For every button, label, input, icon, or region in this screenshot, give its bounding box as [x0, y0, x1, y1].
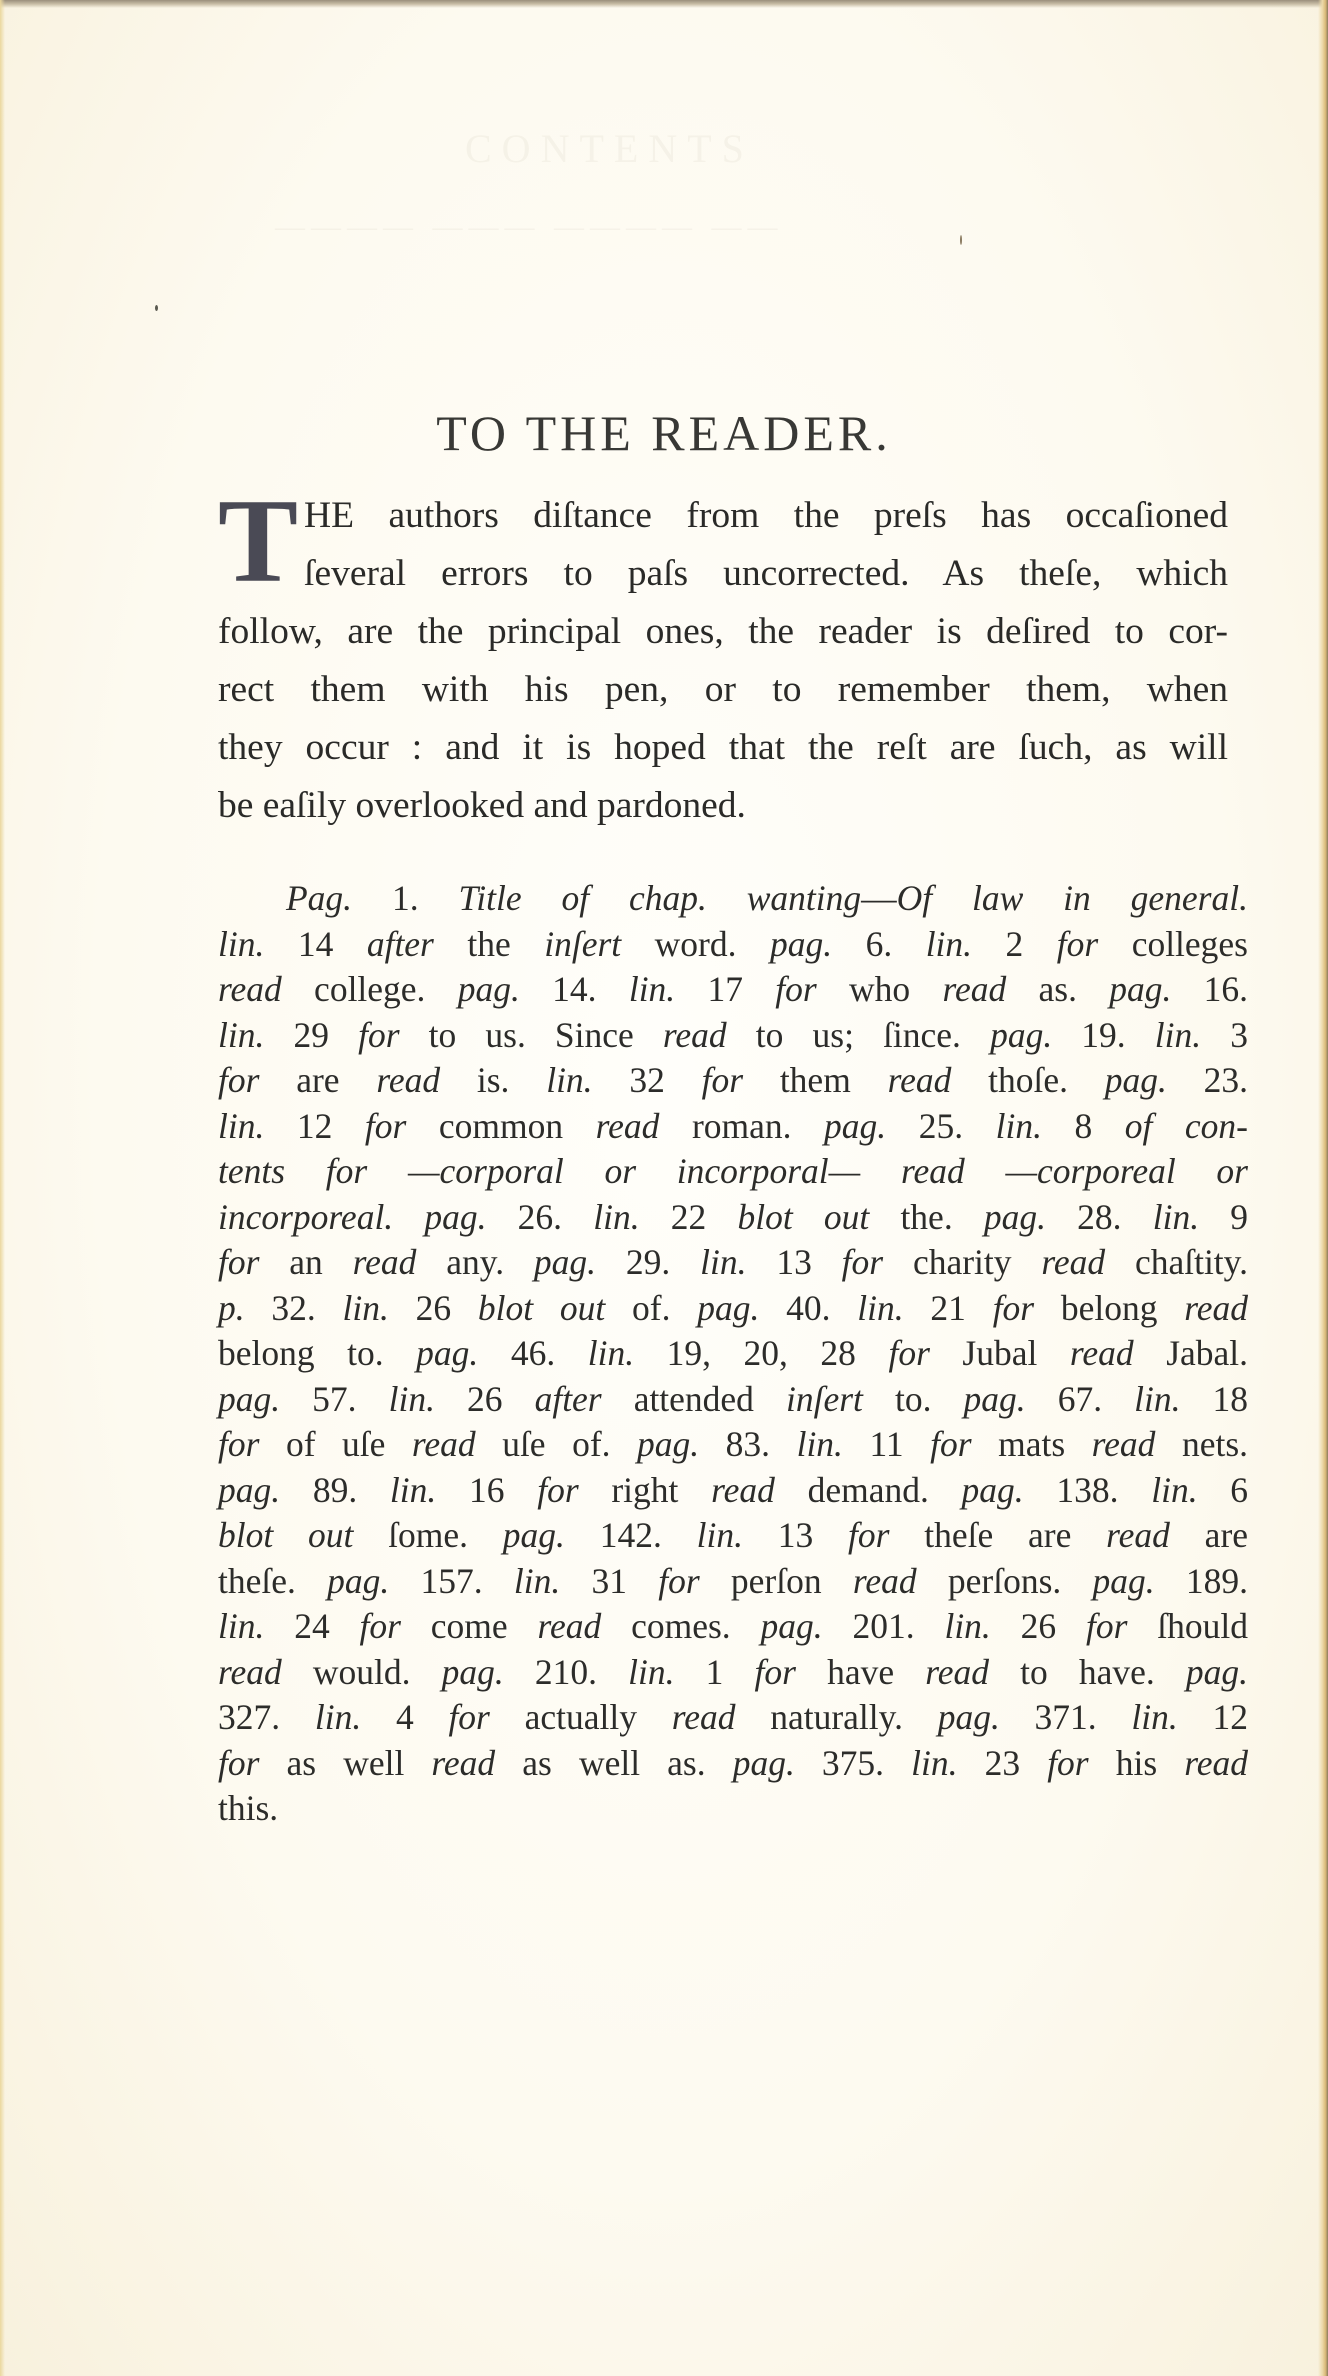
errata-italic-run: pag.	[1109, 969, 1171, 1009]
errata-roman-run: 9	[1199, 1197, 1248, 1237]
errata-roman-run: any.	[416, 1242, 534, 1282]
errata-roman-run: are	[259, 1060, 376, 1100]
intro-line: they occur : and it is hoped that the re…	[218, 719, 1228, 777]
errata-roman-run: of uſe	[259, 1424, 411, 1464]
errata-italic-run: pag.	[534, 1242, 596, 1282]
errata-roman-run: 29.	[596, 1242, 700, 1282]
ink-speck	[155, 305, 158, 311]
errata-italic-run: read	[888, 1060, 952, 1100]
errata-roman-run: 46.	[478, 1333, 587, 1373]
errata-roman-run: 28.	[1046, 1197, 1153, 1237]
errata-roman-run: this.	[218, 1788, 278, 1828]
errata-roman-run: 32	[593, 1060, 702, 1100]
errata-roman-run: comes.	[601, 1606, 760, 1646]
errata-italic-run: for	[848, 1515, 889, 1555]
errata-roman-run: 6	[1198, 1470, 1248, 1510]
errata-italic-run: read	[1041, 1242, 1105, 1282]
errata-line: p. 32. lin. 26 blot out of. pag. 40. lin…	[218, 1286, 1248, 1332]
errata-italic-run: pag.	[761, 1606, 823, 1646]
errata-line: for are read is. lin. 32 for them read t…	[218, 1058, 1248, 1104]
errata-italic-run: lin.	[218, 1106, 264, 1146]
errata-italic-run: for	[888, 1333, 929, 1373]
intro-paragraph: T HE authors diſtance from the preſs has…	[218, 487, 1228, 835]
intro-line: be eaſily overlooked and pardoned.	[218, 777, 1228, 835]
errata-line: this.	[218, 1786, 1248, 1832]
errata-roman-run: as.	[1006, 969, 1109, 1009]
errata-list: Pag. 1. Title of chap. wanting—Of law in…	[218, 876, 1248, 1832]
errata-roman-run: them	[743, 1060, 888, 1100]
errata-line: lin. 12 for common read roman. pag. 25. …	[218, 1104, 1248, 1150]
errata-roman-run: as well as.	[495, 1743, 733, 1783]
errata-italic-run: lin.	[546, 1060, 592, 1100]
errata-roman-run: 11	[843, 1424, 930, 1464]
errata-roman-run: an	[259, 1242, 352, 1282]
book-page: CONTENTS ———— ——— ———— —— TO THE READER.…	[0, 0, 1328, 2376]
errata-italic-run: read	[1106, 1515, 1170, 1555]
errata-roman-run: 210.	[504, 1652, 628, 1692]
errata-roman-run: 1	[675, 1652, 755, 1692]
errata-roman-run: demand.	[775, 1470, 962, 1510]
errata-line: theſe. pag. 157. lin. 31 for perſon read…	[218, 1559, 1248, 1605]
errata-roman-run: 89.	[280, 1470, 390, 1510]
errata-italic-run: lin.	[514, 1561, 560, 1601]
errata-italic-run: for	[1057, 924, 1098, 964]
errata-roman-run: 189.	[1155, 1561, 1248, 1601]
errata-roman-run: 12	[1178, 1697, 1248, 1737]
errata-italic-run: inſert	[544, 924, 621, 964]
errata-italic-run: read	[1184, 1288, 1248, 1328]
errata-italic-run: lin.	[218, 1015, 264, 1055]
errata-italic-run: for	[537, 1470, 578, 1510]
errata-italic-run: read	[412, 1424, 476, 1464]
errata-roman-run: 26	[435, 1379, 535, 1419]
errata-roman-run: uſe of.	[476, 1424, 637, 1464]
errata-roman-run: 26	[991, 1606, 1086, 1646]
errata-roman-run: 67.	[1026, 1379, 1134, 1419]
errata-roman-run: attended	[602, 1379, 786, 1419]
errata-roman-run: 23.	[1167, 1060, 1248, 1100]
errata-roman-run: 26	[389, 1288, 478, 1328]
page-right-edge	[1318, 0, 1328, 2376]
errata-roman-run: perſons.	[917, 1561, 1093, 1601]
errata-italic-run: pag.	[824, 1106, 886, 1146]
errata-roman-run: to us. Since	[400, 1015, 663, 1055]
errata-roman-run: the	[434, 924, 544, 964]
errata-italic-run: for	[218, 1060, 259, 1100]
errata-italic-run: pag.	[770, 924, 832, 964]
errata-line: read college. pag. 14. lin. 17 for who r…	[218, 967, 1248, 1013]
errata-roman-run: 12	[264, 1106, 365, 1146]
errata-italic-run: pag.	[990, 1015, 1052, 1055]
errata-italic-run: blot out	[478, 1288, 605, 1328]
bleed-through-heading: CONTENTS	[465, 125, 754, 172]
errata-line: for as well read as well as. pag. 375. l…	[218, 1741, 1248, 1787]
intro-line: rect them with his pen, or to remember t…	[218, 661, 1228, 719]
errata-italic-run: lin.	[996, 1106, 1042, 1146]
errata-roman-run: 22	[640, 1197, 738, 1237]
drop-cap: T	[218, 495, 298, 595]
intro-line: ſeveral errors to paſs uncorrected. As t…	[218, 545, 1228, 603]
errata-roman-run: perſon	[700, 1561, 853, 1601]
errata-roman-run: thoſe.	[951, 1060, 1104, 1100]
errata-italic-run: lin.	[593, 1197, 639, 1237]
errata-line: pag. 89. lin. 16 for right read demand. …	[218, 1468, 1248, 1514]
errata-italic-run: read	[538, 1606, 602, 1646]
errata-italic-run: pag.	[962, 1470, 1024, 1510]
errata-italic-run: pag.	[218, 1379, 280, 1419]
errata-italic-run: pag.	[1093, 1561, 1155, 1601]
errata-italic-run: pag.	[327, 1561, 389, 1601]
errata-italic-run: for	[755, 1652, 796, 1692]
errata-italic-run: blot out	[218, 1515, 353, 1555]
errata-roman-run: 142.	[565, 1515, 697, 1555]
errata-roman-run: his	[1089, 1743, 1185, 1783]
errata-italic-run: lin.	[629, 969, 675, 1009]
errata-roman-run: 16.	[1171, 969, 1248, 1009]
errata-italic-run: blot out	[737, 1197, 869, 1237]
errata-roman-run: 14	[264, 924, 366, 964]
errata-italic-run: for	[702, 1060, 743, 1100]
errata-italic-run: lin.	[1153, 1197, 1199, 1237]
errata-roman-run: word.	[621, 924, 770, 964]
errata-roman-run: 18	[1180, 1379, 1248, 1419]
errata-roman-run: would.	[282, 1652, 442, 1692]
errata-italic-run: p.	[218, 1288, 245, 1328]
errata-roman-run: 13	[743, 1515, 848, 1555]
errata-italic-run: pag.	[1186, 1652, 1248, 1692]
errata-roman-run: 19, 20, 28	[634, 1333, 888, 1373]
errata-roman-run: 21	[904, 1288, 993, 1328]
errata-line: 327. lin. 4 for actually read naturally.…	[218, 1695, 1248, 1741]
errata-roman-run: who	[817, 969, 943, 1009]
errata-italic-run: read	[1070, 1333, 1134, 1373]
errata-roman-run: is.	[440, 1060, 546, 1100]
errata-italic-run: of con-	[1125, 1106, 1248, 1146]
errata-italic-run: lin.	[911, 1743, 957, 1783]
errata-roman-run: have	[796, 1652, 925, 1692]
page-top-edge	[0, 0, 1328, 8]
intro-line: follow, are the principal ones, the read…	[218, 603, 1228, 661]
errata-roman-run: naturally.	[735, 1697, 937, 1737]
errata-roman-run: ſome.	[353, 1515, 502, 1555]
errata-italic-run: read	[925, 1652, 989, 1692]
errata-italic-run: pag.	[442, 1652, 504, 1692]
errata-italic-run: lin.	[218, 924, 264, 964]
errata-italic-run: pag.	[1105, 1060, 1167, 1100]
errata-roman-run: theſe.	[218, 1561, 327, 1601]
errata-roman-run: mats	[972, 1424, 1092, 1464]
errata-italic-run: pag.	[416, 1333, 478, 1373]
errata-line: read would. pag. 210. lin. 1 for have re…	[218, 1650, 1248, 1696]
errata-italic-run: read	[672, 1697, 736, 1737]
errata-italic-run: inſert	[786, 1379, 863, 1419]
errata-roman-run: 327.	[218, 1697, 315, 1737]
errata-roman-run: of.	[605, 1288, 697, 1328]
errata-roman-run: colleges	[1098, 924, 1248, 964]
errata-roman-run: 14.	[520, 969, 629, 1009]
errata-italic-run: pag.	[637, 1424, 699, 1464]
errata-roman-run: 2	[972, 924, 1057, 964]
errata-italic-run: lin.	[697, 1515, 743, 1555]
errata-italic-run: incorporeal.	[218, 1197, 393, 1237]
errata-roman-run	[393, 1197, 424, 1237]
errata-roman-run: to us; ſince.	[727, 1015, 990, 1055]
errata-italic-run: for	[1047, 1743, 1088, 1783]
errata-italic-run: lin.	[389, 1379, 435, 1419]
errata-italic-run: tents for —corporal or incorporal— read …	[218, 1151, 1248, 1191]
errata-italic-run: lin.	[1131, 1697, 1177, 1737]
page-left-edge	[0, 0, 5, 2376]
errata-roman-run: 29	[264, 1015, 358, 1055]
errata-roman-run: charity	[883, 1242, 1041, 1282]
errata-italic-run: pag.	[503, 1515, 565, 1555]
errata-italic-run: read	[431, 1743, 495, 1783]
errata-italic-run: read	[942, 969, 1006, 1009]
errata-italic-run: pag.	[458, 969, 520, 1009]
errata-italic-run: for	[358, 1015, 399, 1055]
errata-line: for an read any. pag. 29. lin. 13 for ch…	[218, 1240, 1248, 1286]
errata-line: lin. 24 for come read comes. pag. 201. l…	[218, 1604, 1248, 1650]
bleed-through-text: ———— ——— ———— ——	[275, 210, 784, 244]
errata-italic-run: pag.	[697, 1288, 759, 1328]
intro-line: HE authors diſtance from the preſs has o…	[218, 487, 1228, 545]
ink-speck	[960, 235, 962, 245]
errata-italic-run: for	[218, 1743, 259, 1783]
errata-roman-run: common	[406, 1106, 595, 1146]
errata-italic-run: read	[711, 1470, 775, 1510]
errata-roman-run: —	[861, 878, 897, 918]
errata-roman-run: nets.	[1155, 1424, 1248, 1464]
errata-italic-run: lin.	[343, 1288, 389, 1328]
errata-italic-run: pag.	[984, 1197, 1046, 1237]
errata-roman-run: 32.	[245, 1288, 343, 1328]
errata-line: for of uſe read uſe of. pag. 83. lin. 11…	[218, 1422, 1248, 1468]
errata-italic-run: for	[775, 969, 816, 1009]
errata-italic-run: lin.	[218, 1606, 264, 1646]
errata-italic-run: pag.	[424, 1197, 486, 1237]
errata-roman-run: 8	[1042, 1106, 1125, 1146]
errata-italic-run: pag.	[733, 1743, 795, 1783]
errata-roman-run: college.	[282, 969, 458, 1009]
errata-roman-run: as well	[259, 1743, 431, 1783]
errata-roman-run: 3	[1201, 1015, 1248, 1055]
errata-roman-run: 25.	[886, 1106, 995, 1146]
errata-italic-run: read	[353, 1242, 417, 1282]
errata-italic-run: for	[448, 1697, 489, 1737]
errata-italic-run: for	[658, 1561, 699, 1601]
errata-italic-run: lin.	[944, 1606, 990, 1646]
errata-italic-run: pag.	[218, 1470, 280, 1510]
errata-italic-run: lin.	[588, 1333, 634, 1373]
errata-roman-run: 13	[746, 1242, 841, 1282]
errata-roman-run: theſe are	[889, 1515, 1106, 1555]
errata-roman-run: 6.	[832, 924, 926, 964]
errata-italic-run: read	[663, 1015, 727, 1055]
errata-roman-run: Jubal	[930, 1333, 1070, 1373]
errata-italic-run: for	[930, 1424, 971, 1464]
errata-italic-run: pag.	[938, 1697, 1000, 1737]
errata-roman-run: chaſtity.	[1105, 1242, 1248, 1282]
errata-roman-run: 1.	[352, 878, 458, 918]
errata-italic-run: lin.	[628, 1652, 674, 1692]
errata-italic-run: for	[218, 1242, 259, 1282]
errata-roman-run: 24	[264, 1606, 359, 1646]
errata-italic-run: for	[360, 1606, 401, 1646]
errata-roman-run: 26.	[487, 1197, 594, 1237]
errata-italic-run: lin.	[315, 1697, 361, 1737]
errata-roman-run: actually	[490, 1697, 672, 1737]
errata-roman-run: 57.	[280, 1379, 388, 1419]
errata-italic-run: read	[1184, 1743, 1248, 1783]
page-title: TO THE READER.	[0, 404, 1328, 462]
errata-roman-run: 83.	[699, 1424, 796, 1464]
errata-roman-run: 201.	[823, 1606, 945, 1646]
errata-italic-run: lin.	[857, 1288, 903, 1328]
errata-roman-run: to have.	[989, 1652, 1186, 1692]
errata-italic-run: read	[218, 1652, 282, 1692]
errata-roman-run: 4	[361, 1697, 448, 1737]
errata-roman-run: right	[579, 1470, 711, 1510]
errata-roman-run: ſhould	[1127, 1606, 1248, 1646]
errata-italic-run: lin.	[1155, 1015, 1201, 1055]
errata-line: belong to. pag. 46. lin. 19, 20, 28 for …	[218, 1331, 1248, 1377]
errata-italic-run: lin.	[390, 1470, 436, 1510]
errata-roman-run: to.	[863, 1379, 964, 1419]
errata-roman-run: 375.	[795, 1743, 911, 1783]
errata-italic-run: for	[1086, 1606, 1127, 1646]
errata-italic-run: read	[376, 1060, 440, 1100]
errata-roman-run: roman.	[659, 1106, 824, 1146]
errata-italic-run: Title of chap. wanting	[458, 878, 861, 918]
errata-italic-run: Of law in general.	[897, 878, 1248, 918]
errata-italic-run: lin.	[700, 1242, 746, 1282]
errata-line: blot out ſome. pag. 142. lin. 13 for the…	[218, 1513, 1248, 1559]
errata-roman-run: 157.	[389, 1561, 514, 1601]
errata-italic-run: after	[535, 1379, 602, 1419]
errata-roman-run: 17	[675, 969, 775, 1009]
errata-italic-run: for	[842, 1242, 883, 1282]
errata-roman-run: 19.	[1052, 1015, 1155, 1055]
errata-line: pag. 57. lin. 26 after attended inſert t…	[218, 1377, 1248, 1423]
errata-roman-run: 31	[560, 1561, 658, 1601]
errata-roman-run: 16	[436, 1470, 537, 1510]
errata-roman-run: belong	[1034, 1288, 1184, 1328]
errata-roman-run: are	[1170, 1515, 1248, 1555]
errata-italic-run: lin.	[797, 1424, 843, 1464]
errata-italic-run: for	[993, 1288, 1034, 1328]
errata-italic-run: lin.	[926, 924, 972, 964]
errata-line: Pag. 1. Title of chap. wanting—Of law in…	[218, 876, 1248, 922]
errata-italic-run: read	[596, 1106, 660, 1146]
errata-roman-run: 23	[958, 1743, 1048, 1783]
errata-italic-run: read	[218, 969, 282, 1009]
errata-roman-run: Jabal.	[1134, 1333, 1248, 1373]
errata-italic-run: lin.	[1151, 1470, 1197, 1510]
errata-italic-run: Pag.	[286, 878, 352, 918]
errata-italic-run: for	[218, 1424, 259, 1464]
errata-italic-run: read	[1092, 1424, 1156, 1464]
errata-line: lin. 29 for to us. Since read to us; ſin…	[218, 1013, 1248, 1059]
errata-line: lin. 14 after the inſert word. pag. 6. l…	[218, 922, 1248, 968]
errata-line: tents for —corporal or incorporal— read …	[218, 1149, 1248, 1195]
errata-italic-run: after	[367, 924, 434, 964]
errata-roman-run: 371.	[1000, 1697, 1132, 1737]
errata-roman-run: belong to.	[218, 1333, 416, 1373]
errata-roman-run: 138.	[1024, 1470, 1152, 1510]
errata-roman-run: the.	[869, 1197, 984, 1237]
errata-roman-run: come	[401, 1606, 538, 1646]
errata-italic-run: pag.	[964, 1379, 1026, 1419]
errata-italic-run: read	[853, 1561, 917, 1601]
errata-roman-run: 40.	[759, 1288, 857, 1328]
errata-italic-run: for	[365, 1106, 406, 1146]
errata-line: incorporeal. pag. 26. lin. 22 blot out t…	[218, 1195, 1248, 1241]
errata-italic-run: lin.	[1134, 1379, 1180, 1419]
